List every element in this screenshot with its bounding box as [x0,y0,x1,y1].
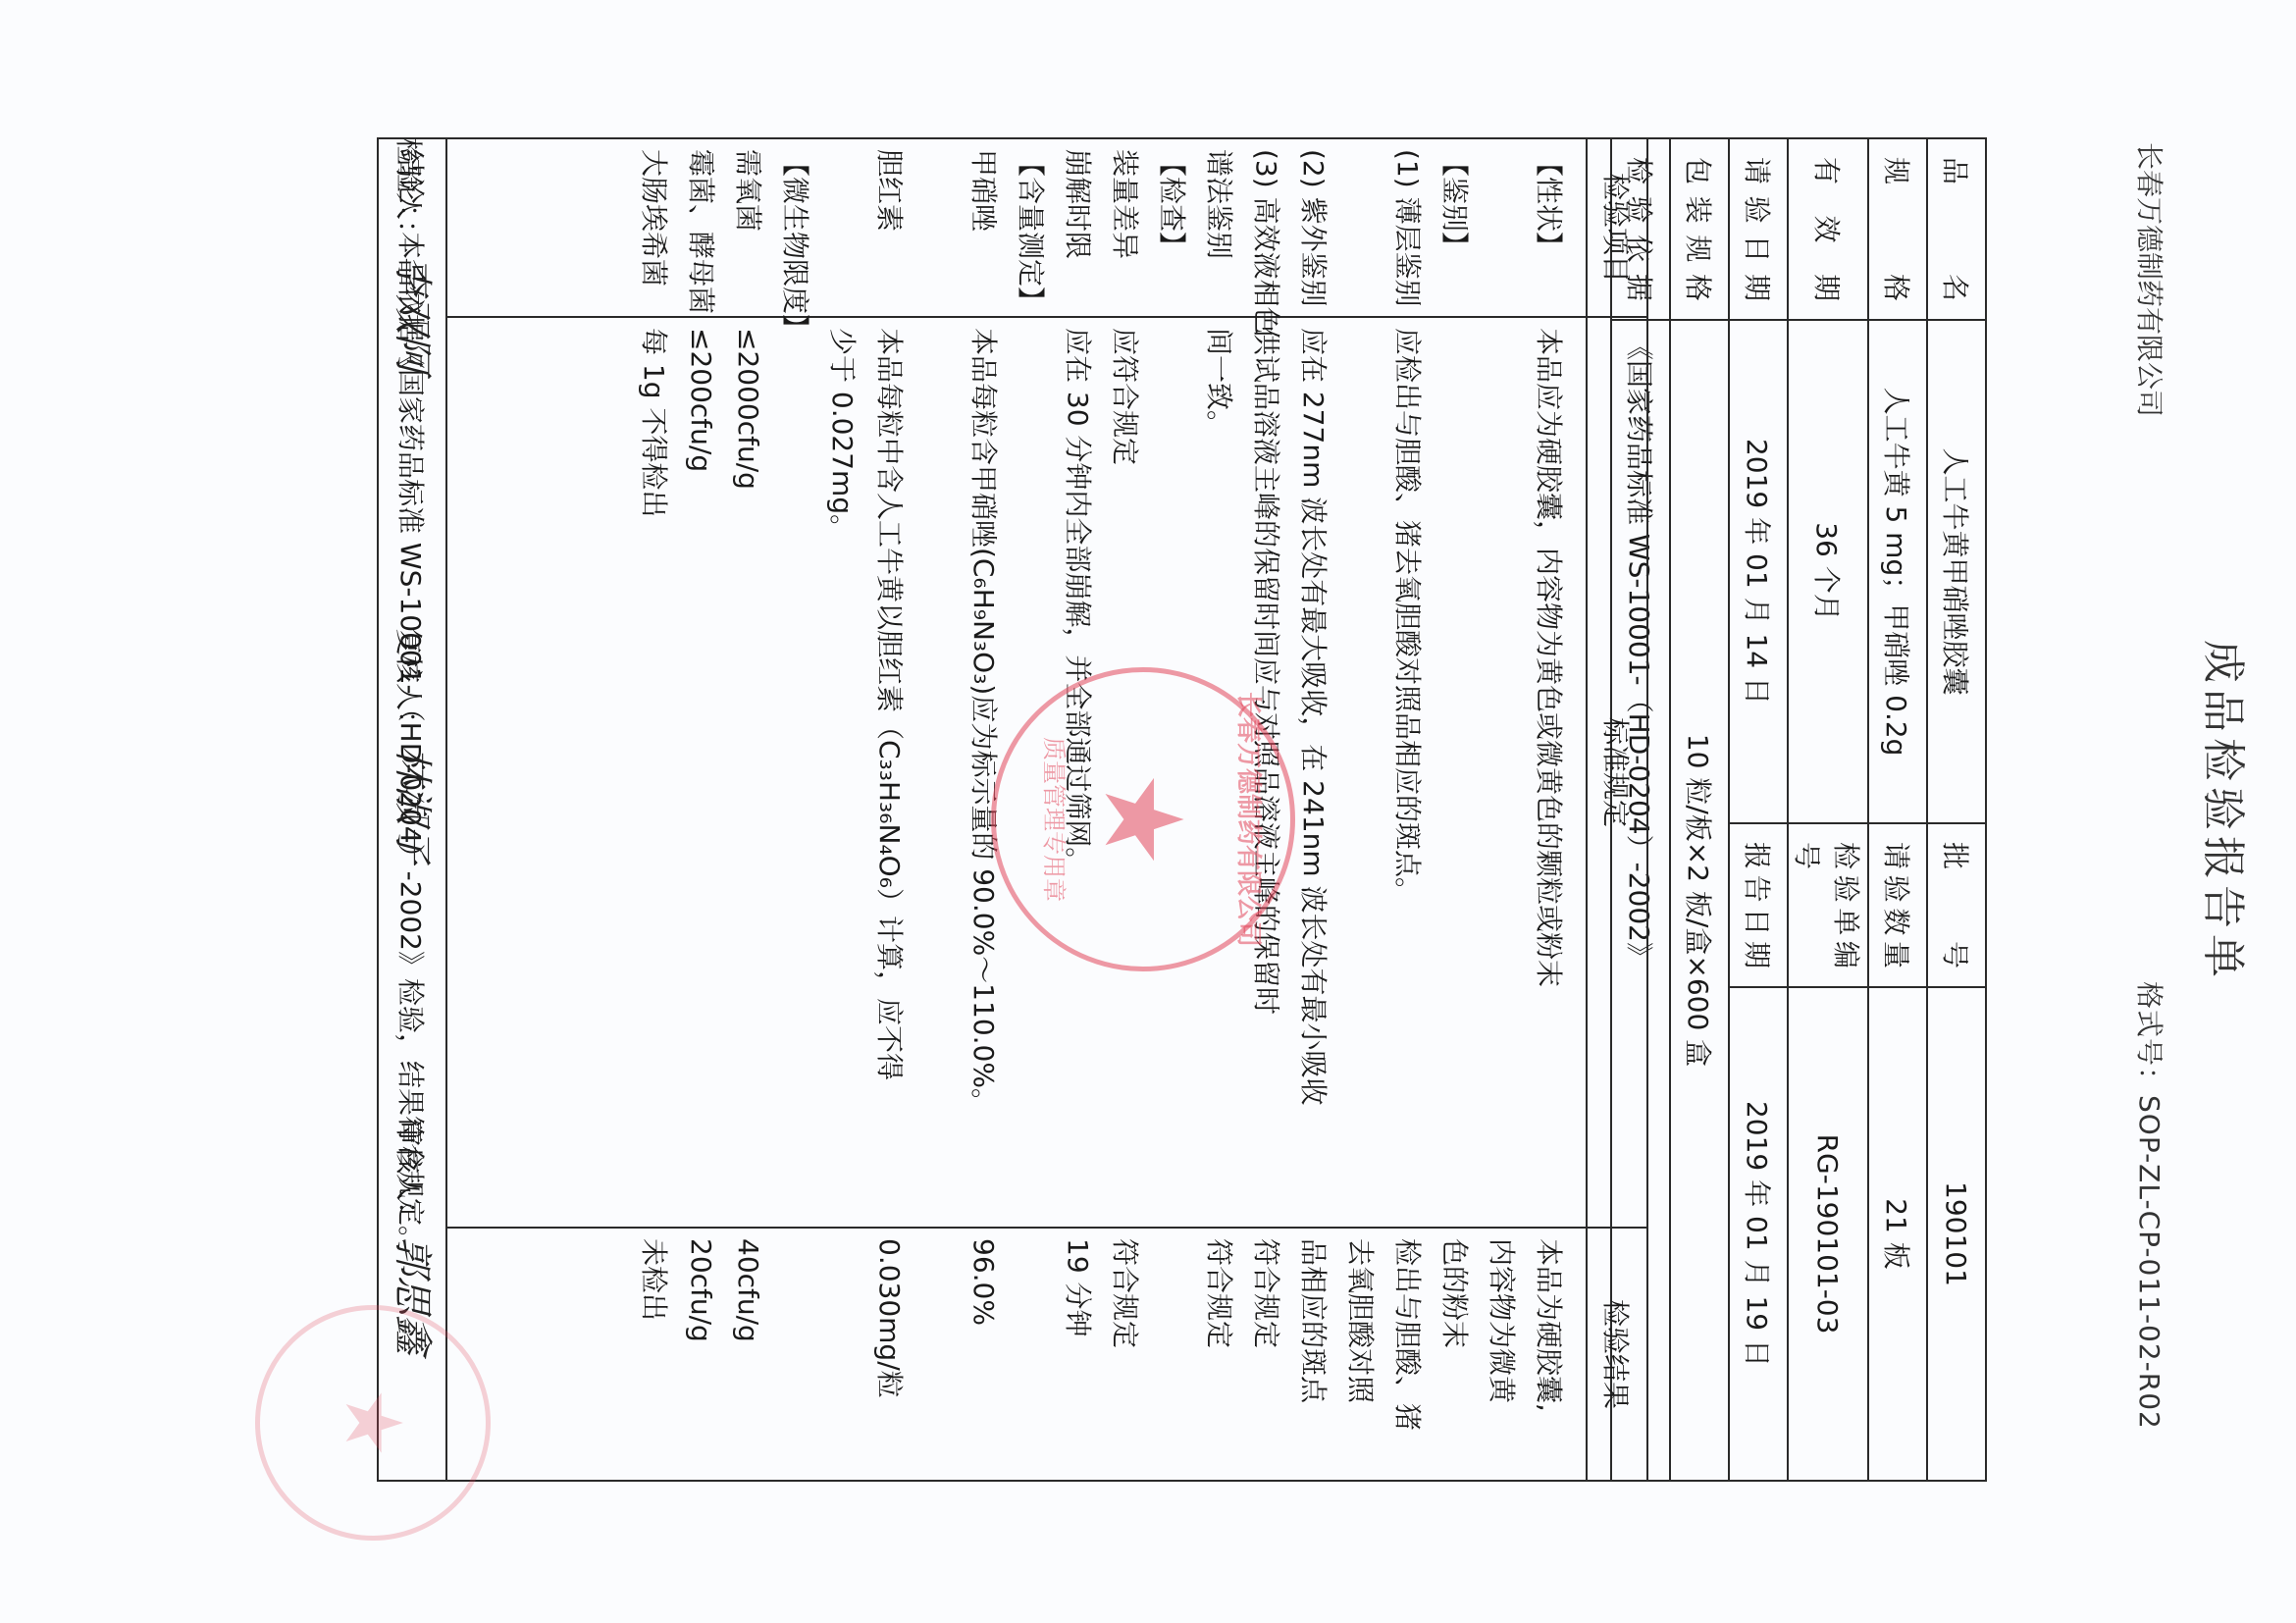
result-line [1007,1238,1054,1472]
info-row: 请验日期 2019 年 01 月 14 日 报告日期 2019 年 01 月 1… [1729,138,1788,1481]
result-line: 内容物为微黄 [1478,1238,1525,1472]
standard-line: 应在 277nm 波长处有最大吸收，在 241nm 波长处有最小吸收 [1289,328,1336,1219]
standard-line: 应检出与胆酸、猪去氧胆酸对照品相应的斑点。 [1383,328,1431,1219]
item-line: 甲硝唑 [960,149,1007,308]
result-line: 色的粉末 [1431,1238,1478,1472]
report-title: 成品检验报告单 [2196,0,2259,1623]
result-line: 19 分钟 [1054,1238,1101,1472]
info-table: 品 名 人工牛黄甲硝唑胶囊 批 号 190101 规 格 人工牛黄 5 mg；甲… [1610,137,1987,1482]
label-batch: 批 号 [1927,823,1986,987]
standard-line: 本品每粒中含人工牛黄以胆红素（C₃₃H₃₆N₄O₆）计算，应不得 [865,328,913,1219]
format-number: 格式号：SOP-ZL-CP-011-02-R02 [2131,981,2170,1430]
label-report-date: 报告日期 [1729,823,1788,987]
label-quantity: 请验数量 [1868,823,1927,987]
result-line [771,1238,818,1472]
item-line: 谱法鉴别 [1195,149,1242,308]
info-row: 品 名 人工牛黄甲硝唑胶囊 批 号 190101 [1927,138,1986,1481]
result-line [913,1238,960,1472]
standard-line [913,328,960,1219]
stamp-inner-text: 质量管理专用章 [1039,672,1073,967]
result-line: 96.0% [960,1238,1007,1472]
item-line: (3) 高效液相色 [1242,149,1289,308]
standard-line [1431,328,1478,1219]
column-header-item: 检验项目 [1587,138,1647,317]
result-line: 本品为硬胶囊, [1525,1238,1572,1472]
item-line: 【含量测定】 [1007,149,1054,308]
standard-line: 本品应为硬胶囊，内容物为黄色或微黄色的颗粒或粉末 [1525,328,1572,1219]
package-spec: 10 粒/板×2 板/盒×600 盒 [1670,320,1729,1481]
label-product-name: 品 名 [1927,138,1986,320]
label-request-date: 请验日期 [1729,138,1788,320]
reviewer-name: 林淑子 [390,746,435,864]
item-line: 【检查】 [1148,149,1195,308]
inspector-name: 李双阿 [390,255,435,373]
standard-line [1336,328,1383,1219]
validity: 36 个月 [1788,320,1868,823]
standard-line: ≤200cfu/g [677,328,724,1219]
result-line [1148,1238,1195,1472]
item-line [818,149,865,308]
info-row: 包装规格 10 粒/板×2 板/盒×600 盒 [1670,138,1729,1481]
label-package: 包装规格 [1670,138,1729,320]
quantity: 21 板 [1868,987,1927,1481]
column-header-standard: 标准规定 [1587,317,1647,1228]
item-column: 【性状】 【鉴别】(1) 薄层鉴别 (2) 紫外鉴别(3) 高效液相色谱法鉴别【… [446,138,1587,317]
result-line: 符合规定 [1101,1238,1148,1472]
item-line: (2) 紫外鉴别 [1289,149,1336,308]
product-name: 人工牛黄甲硝唑胶囊 [1927,320,1986,823]
spec: 人工牛黄 5 mg；甲硝唑 0.2g [1868,320,1927,823]
inspection-report-page: 成品检验报告单 长春万德制药有限公司 格式号：SOP-ZL-CP-011-02-… [0,0,2296,1623]
column-header-result: 检验结果 [1587,1228,1647,1481]
faint-stamp-impression: ★ [255,1305,491,1541]
approver-label: 审核人： [392,1119,425,1229]
item-line [1478,149,1525,308]
star-icon: ★ [1089,771,1197,868]
result-line: 40cfu/g [724,1238,771,1472]
company-name: 长春万德制药有限公司 [2131,142,2170,417]
inspector-signature: 检验人：李双阿 [388,137,444,373]
reviewer-label: 复核人： [392,628,425,738]
label-spec: 规 格 [1868,138,1927,320]
result-line: 品相应的斑点 [1289,1238,1336,1472]
inspector-label: 检验人： [392,137,425,247]
result-line: 去氧胆酸对照 [1336,1238,1383,1472]
stamp-ring-text: 长春万德制药有限公司 [1232,672,1269,967]
standard-line: 少于 0.027mg。 [818,328,865,1219]
item-line: 大肠埃希菌 [630,149,677,308]
column-header-row: 检验项目 标准规定 检验结果 [1587,138,1647,1481]
standard-line [1478,328,1525,1219]
item-line: 胆红素 [865,149,913,308]
result-line: 0.030mg/粒 [865,1238,913,1472]
result-line [818,1238,865,1472]
result-line: 20cfu/g [677,1238,724,1472]
batch-number: 190101 [1927,987,1986,1481]
item-line: 需氧菌 [724,149,771,308]
result-line: 符合规定 [1242,1238,1289,1472]
item-line: 装量差异 [1101,149,1148,308]
star-icon: ★ [334,1387,412,1458]
info-row: 有 效 期 36 个月 检验单编号 RG-190101-03 [1788,138,1868,1481]
item-line: (1) 薄层鉴别 [1383,149,1431,308]
report-date: 2019 年 01 月 19 日 [1729,987,1788,1481]
label-validity: 有 效 期 [1788,138,1868,320]
result-line: 符合规定 [1195,1238,1242,1472]
standard-line [771,328,818,1219]
standard-line: 每 1g 不得检出 [630,328,677,1219]
standard-line: ≤2000cfu/g [724,328,771,1219]
info-row: 规 格 人工牛黄 5 mg；甲硝唑 0.2g 请验数量 21 板 [1868,138,1927,1481]
result-line: 未检出 [630,1238,677,1472]
quality-seal-stamp: 长春万德制药有限公司 ★ 质量管理专用章 [991,667,1295,971]
result-column: 本品为硬胶囊,内容物为微黄色的粉末检出与胆酸、猪去氧胆酸对照品相应的斑点符合规定… [446,1228,1587,1481]
item-line: 【微生物限度】 [771,149,818,308]
item-line: 崩解时限 [1054,149,1101,308]
item-line: 霉菌、酵母菌 [677,149,724,308]
item-line: 【鉴别】 [1431,149,1478,308]
item-line [1336,149,1383,308]
reviewer-signature: 复核人：林淑子 [388,628,444,864]
result-line: 检出与胆酸、猪 [1383,1238,1431,1472]
sheet-number: RG-190101-03 [1788,987,1868,1481]
request-date: 2019 年 01 月 14 日 [1729,320,1788,823]
label-sheet-no: 检验单编号 [1788,823,1868,987]
item-line: 【性状】 [1525,149,1572,308]
item-line [913,149,960,308]
